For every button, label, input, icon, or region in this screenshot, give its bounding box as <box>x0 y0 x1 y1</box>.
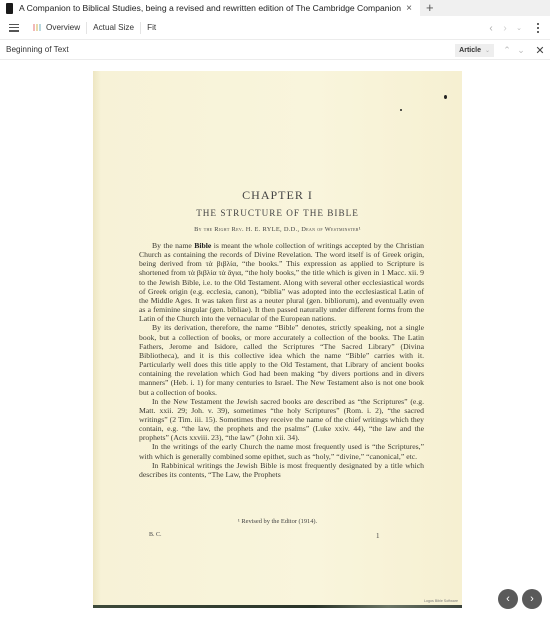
article-dropdown-label: Article <box>459 47 481 54</box>
toolbar: Overview Actual Size Fit ‹ › ⌄ <box>0 16 550 40</box>
history-dropdown-icon[interactable]: ⌄ <box>512 24 526 32</box>
previous-article-icon[interactable]: ⌃ <box>500 45 514 56</box>
location-bar-right: Article ⌄ ⌃ ⌄ ✕ <box>455 40 550 60</box>
section-title: THE STRUCTURE OF THE BIBLE <box>93 208 462 218</box>
location-bar: Beginning of Text Article ⌄ ⌃ ⌄ ✕ <box>0 40 550 60</box>
page-edge <box>93 605 462 608</box>
book-icon <box>6 3 13 14</box>
next-article-icon[interactable]: ⌄ <box>514 45 528 56</box>
paragraph: In Rabbinical writings the Jewish Bible … <box>139 461 424 479</box>
page-speck <box>400 109 402 111</box>
previous-page-button[interactable]: ‹ <box>498 589 518 609</box>
tab-active[interactable]: A Companion to Biblical Studies, being a… <box>0 0 420 16</box>
overview-icon <box>33 24 42 31</box>
location-text[interactable]: Beginning of Text <box>6 45 69 54</box>
signature-mark: B. C. <box>149 532 162 538</box>
byline: By the Right Rev. H. E. RYLE, D.D., Dean… <box>93 226 462 233</box>
actual-size-button[interactable]: Actual Size <box>87 21 140 35</box>
close-tab-icon[interactable]: × <box>402 3 416 14</box>
more-options-icon[interactable] <box>532 23 544 32</box>
chevron-down-icon: ⌄ <box>485 47 490 54</box>
next-page-button[interactable]: › <box>522 589 542 609</box>
paragraph: By the name Bible is meant the whole col… <box>139 241 424 323</box>
fit-button[interactable]: Fit <box>141 21 162 35</box>
watermark: Logos Bible Software <box>424 599 458 603</box>
page-number: 1 <box>376 532 380 540</box>
tab-title: A Companion to Biblical Studies, being a… <box>19 3 402 13</box>
overview-button[interactable]: Overview <box>46 21 86 35</box>
back-icon[interactable]: ‹ <box>484 23 498 34</box>
hamburger-menu-icon[interactable] <box>9 24 19 32</box>
scanned-page: CHAPTER I THE STRUCTURE OF THE BIBLE By … <box>93 71 462 608</box>
page-speck <box>444 95 447 99</box>
page-viewer[interactable]: CHAPTER I THE STRUCTURE OF THE BIBLE By … <box>0 61 550 619</box>
paragraph: By its derivation, therefore, the name “… <box>139 323 424 396</box>
chapter-heading: CHAPTER I <box>93 188 462 203</box>
forward-icon[interactable]: › <box>498 23 512 34</box>
paragraph: In the writings of the early Church the … <box>139 442 424 460</box>
new-tab-button[interactable]: + <box>426 1 434 15</box>
body-text: By the name Bible is meant the whole col… <box>139 241 424 479</box>
footnote: ¹ Revised by the Editor (1914). <box>93 518 462 525</box>
article-dropdown[interactable]: Article ⌄ <box>455 44 494 57</box>
close-location-icon[interactable]: ✕ <box>532 44 548 57</box>
toolbar-right: ‹ › ⌄ <box>484 16 550 40</box>
paragraph: In the New Testament the Jewish sacred b… <box>139 397 424 443</box>
tab-bar: A Companion to Biblical Studies, being a… <box>0 0 550 16</box>
